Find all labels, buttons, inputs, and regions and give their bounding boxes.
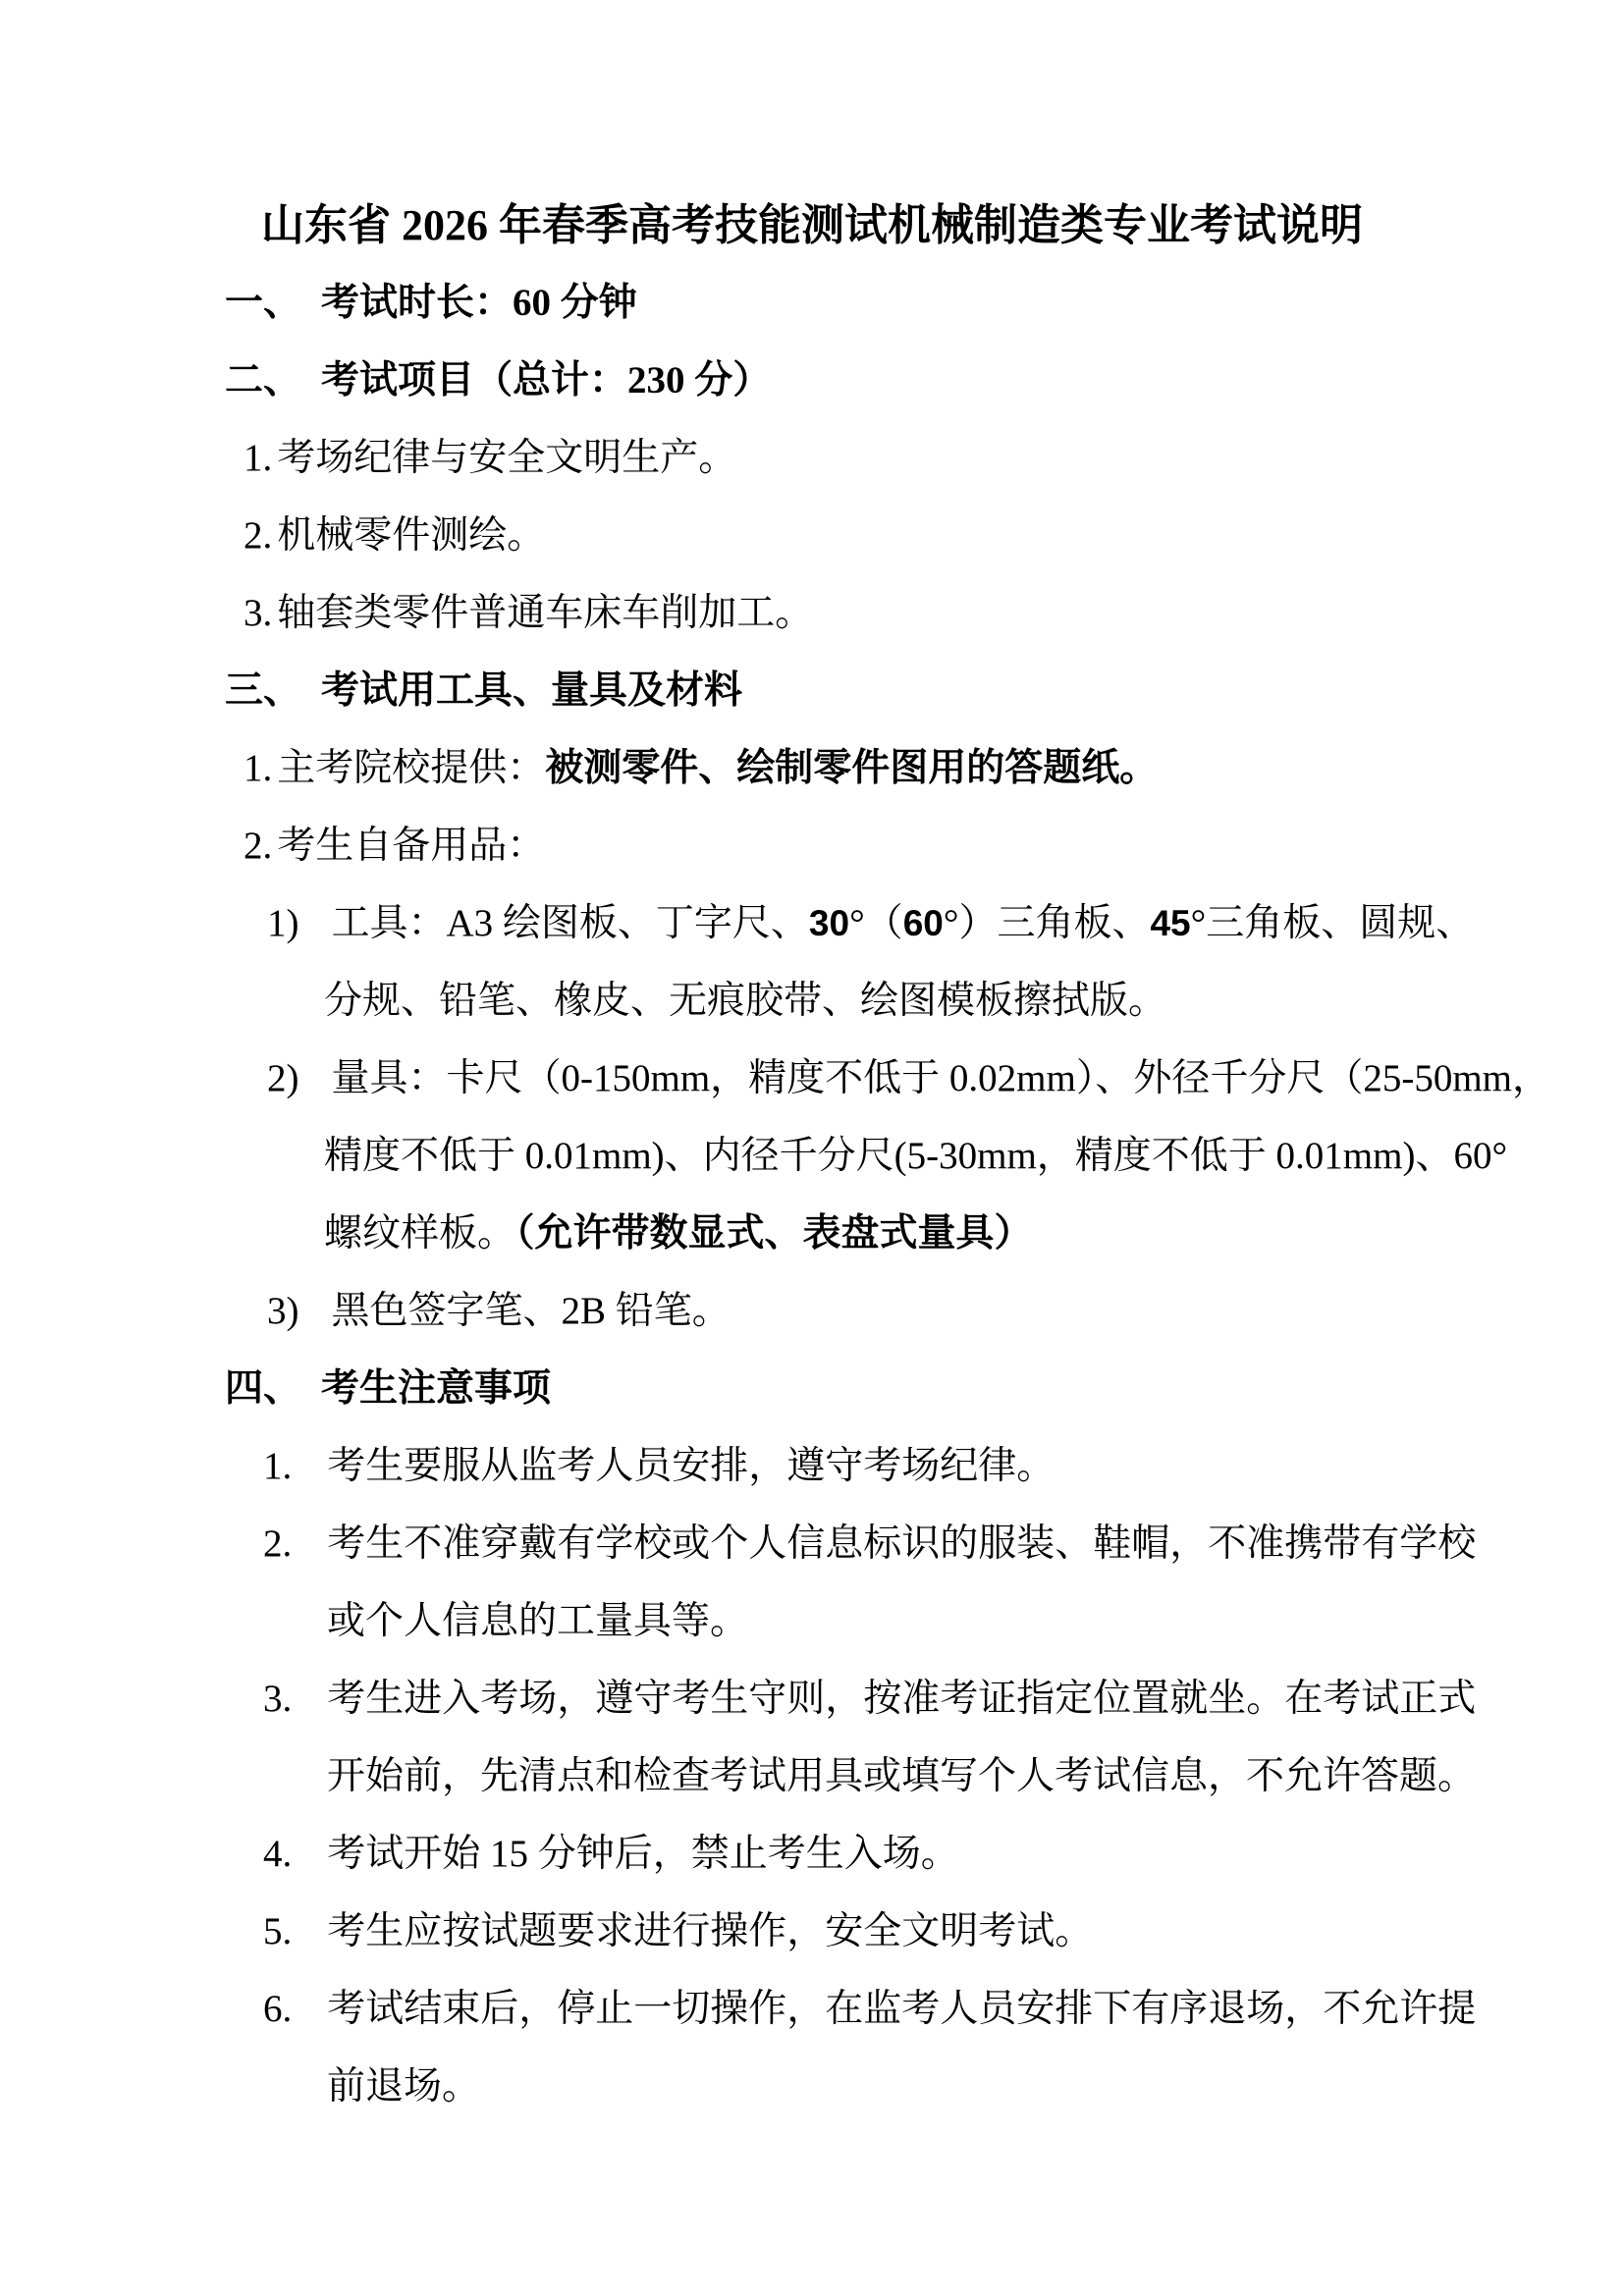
subitem-text: 黑色签字笔、2B 铅笔。 (332, 1290, 731, 1332)
section-2-label: 二、 (225, 359, 301, 401)
item-marker: 2. (263, 1522, 292, 1565)
subitem-marker: 2) (267, 1057, 299, 1099)
section-2-heading-text: 考试项目（总计：230 分） (321, 359, 771, 401)
subitem-marker: 1) (267, 902, 299, 944)
section-1-heading: 一、考试时长：60 分钟 (0, 264, 1624, 342)
notice-item-2-line-2: 或个人信息的工量具等。 (0, 1582, 1624, 1660)
notice-item-2-line-1: 2.考生不准穿戴有学校或个人信息标识的服装、鞋帽，不准携带有学校 (0, 1505, 1624, 1582)
section-4-heading: 四、考生注意事项 (0, 1350, 1624, 1427)
item-marker: 4. (263, 1833, 292, 1875)
tools-item-2: 2.考生自备用品： (0, 807, 1624, 884)
exam-project-item-2: 2.机械零件测绘。 (0, 497, 1624, 574)
section-4-heading-text: 考生注意事项 (321, 1367, 551, 1410)
subitem-text: 螺纹样板。 (324, 1212, 515, 1255)
section-1-heading-text: 考试时长：60 分钟 (321, 282, 637, 324)
subitem-text: °（ (849, 902, 903, 944)
notice-item-4: 4.考试开始 15 分钟后，禁止考生入场。 (0, 1815, 1624, 1893)
notice-item-1: 1.考生要服从监考人员安排，遵守考场纪律。 (0, 1427, 1624, 1505)
notice-item-3-line-2: 开始前，先清点和检查考试用具或填写个人考试信息，不允许答题。 (0, 1737, 1624, 1815)
item-text: 考生要服从监考人员安排，遵守考场纪律。 (327, 1445, 1055, 1487)
item-text: 考试开始 15 分钟后，禁止考生入场。 (327, 1833, 959, 1875)
angle-45: 45 (1150, 903, 1190, 943)
item-marker: 1. (263, 1445, 292, 1487)
tools-subitem-1-line-1: 1)工具：A3 绘图板、丁字尺、30°（60°）三角板、45°三角板、圆规、 (0, 884, 1624, 962)
item-text: 机械零件测绘。 (277, 514, 545, 557)
tools-subitem-2-line-3: 螺纹样板。（允许带数显式、表盘式量具） (0, 1195, 1624, 1272)
exam-project-item-3: 3.轴套类零件普通车床车削加工。 (0, 574, 1624, 652)
item-marker: 1. (244, 747, 272, 789)
subitem-text: °三角板、圆规、 (1191, 902, 1475, 944)
item-text: 轴套类零件普通车床车削加工。 (277, 592, 813, 634)
item-marker: 1. (244, 437, 272, 479)
tools-subitem-2-line-1: 2)量具：卡尺（0-150mm，精度不低于 0.02mm）、外径千分尺（25-5… (0, 1040, 1624, 1117)
angle-30: 30 (809, 903, 849, 943)
document-title: 山东省 2026 年春季高考技能测试机械制造类专业考试说明 (0, 187, 1624, 264)
subitem-text: °）三角板、 (944, 902, 1151, 944)
notice-item-5: 5.考生应按试题要求进行操作，安全文明考试。 (0, 1893, 1624, 1970)
item-marker: 6. (263, 1988, 292, 2030)
item-text: 考生应按试题要求进行操作，安全文明考试。 (327, 1910, 1093, 1952)
item-text: 考生不准穿戴有学校或个人信息标识的服装、鞋帽，不准携带有学校 (327, 1522, 1476, 1565)
subitem-text: 工具：A3 绘图板、丁字尺、 (332, 902, 809, 944)
exam-project-item-1: 1.考场纪律与安全文明生产。 (0, 419, 1624, 497)
angle-60: 60 (903, 903, 944, 943)
item-marker: 2. (244, 514, 272, 557)
document-page: 山东省 2026 年春季高考技能测试机械制造类专业考试说明 一、考试时长：60 … (0, 0, 1624, 2296)
item-text: 主考院校提供： (277, 747, 545, 789)
subitem-text-bold: （允许带数显式、表盘式量具） (515, 1212, 1033, 1255)
section-3-label: 三、 (225, 669, 301, 712)
item-text: 考场纪律与安全文明生产。 (277, 437, 736, 479)
notice-item-3-line-1: 3.考生进入考场，遵守考生守则，按准考证指定位置就坐。在考试正式 (0, 1660, 1624, 1737)
tools-subitem-2-line-2: 精度不低于 0.01mm)、内径千分尺(5-30mm，精度不低于 0.01mm)… (0, 1117, 1624, 1195)
tools-item-1: 1.主考院校提供：被测零件、绘制零件图用的答题纸。 (0, 729, 1624, 807)
document-content: 山东省 2026 年春季高考技能测试机械制造类专业考试说明 一、考试时长：60 … (0, 0, 1624, 2125)
item-marker: 3. (244, 592, 272, 634)
item-text: 考试结束后，停止一切操作，在监考人员安排下有序退场，不允许提 (327, 1988, 1476, 2030)
tools-subitem-1-line-2: 分规、铅笔、橡皮、无痕胶带、绘图模板擦拭版。 (0, 962, 1624, 1040)
section-4-label: 四、 (225, 1367, 301, 1410)
item-text: 考生进入考场，遵守考生守则，按准考证指定位置就坐。在考试正式 (327, 1678, 1476, 1720)
notice-item-6-line-2: 前退场。 (0, 2048, 1624, 2125)
item-marker: 2. (244, 825, 272, 867)
item-marker: 3. (263, 1678, 292, 1720)
section-3-heading: 三、考试用工具、量具及材料 (0, 652, 1624, 729)
tools-subitem-3: 3)黑色签字笔、2B 铅笔。 (0, 1272, 1624, 1350)
section-2-heading: 二、考试项目（总计：230 分） (0, 342, 1624, 419)
subitem-marker: 3) (267, 1290, 299, 1332)
section-1-label: 一、 (225, 282, 301, 324)
item-text-bold: 被测零件、绘制零件图用的答题纸。 (545, 747, 1158, 789)
item-text: 考生自备用品： (277, 825, 545, 867)
subitem-text: 量具：卡尺（0-150mm，精度不低于 0.02mm）、外径千分尺（25-50m… (332, 1057, 1551, 1099)
item-marker: 5. (263, 1910, 292, 1952)
section-3-heading-text: 考试用工具、量具及材料 (321, 669, 742, 712)
notice-item-6-line-1: 6.考试结束后，停止一切操作，在监考人员安排下有序退场，不允许提 (0, 1970, 1624, 2048)
